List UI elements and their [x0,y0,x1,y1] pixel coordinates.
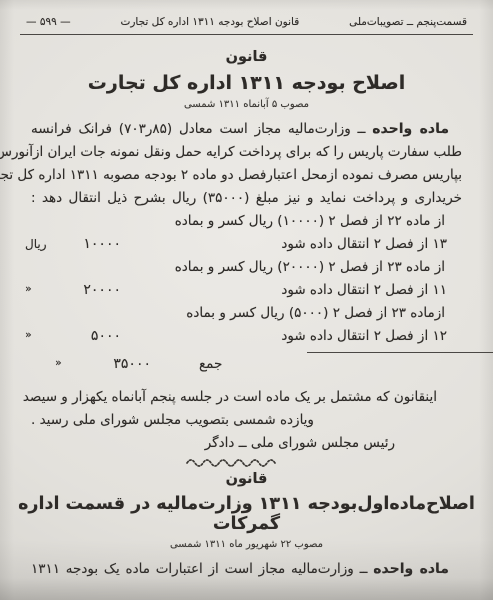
scanned-page: قسمت‌پنجم ــ تصویبات‌ملی قانون اصلاح بود… [0,0,493,600]
credit-amount: ۵۰۰۰ « [25,325,121,348]
article-line-3: بپاریس مصرف نموده ازمحل اعتبارفصل دو ماد… [31,164,462,187]
total-label: جمع [199,356,222,372]
amount-value: ۲۰۰۰۰ [83,279,121,302]
credit-amount: ۲۰۰۰۰ « [25,279,121,302]
law1-title: اصلاح بودجه ۱۳۱۱ اداره کل تجارت [0,72,493,94]
law2-title: اصلاح‌ماده‌اول‌بودجه ۱۳۱۱ وزارت‌مالیه در… [0,494,493,534]
transfer-row-credit: ۱۱ از فصل ۲ انتقال داده شود ۲۰۰۰۰ « [31,279,462,302]
transfer-row-deduct: از ماده ۲۳ از فصل ۲ (۲۰۰۰۰) ریال کسر و ب… [31,256,462,279]
sum-rule [307,352,493,353]
header-page-number: — ۵۹۹ — [26,16,71,28]
transfer-row-deduct: از ماده ۲۲ از فصل ۲ (۱۰۰۰۰) ریال کسر و ب… [31,210,462,233]
ratification-line-2: ویازده شمسی بتصویب مجلس شورای ملی رسید . [0,409,493,432]
credit-description: ۱۱ از فصل ۲ انتقال داده شود [281,279,447,302]
header-section-label: قسمت‌پنجم ــ تصویبات‌ملی [349,16,467,28]
amount-unit: ریال [25,233,47,256]
transfer-row-credit: ۱۳ از فصل ۲ انتقال داده شود ۱۰۰۰۰ ریال [31,233,462,256]
law2-article-label: ماده واحده [373,561,449,577]
amount-unit-ditto: « [25,323,32,346]
article-line-1: ماده واحده ــ وزارت‌مالیه مجاز است معادل… [31,118,462,141]
amount-unit-ditto: « [25,277,32,300]
amount-value: ۱۰۰۰۰ [83,233,121,256]
credit-description: ۱۲ از فصل ۲ انتقال داده شود [281,325,447,348]
law1-approval-line: مصوب ۵ آبانماه ۱۳۱۱ شمسی [0,99,493,110]
header-rule [20,34,473,35]
total-amount-unit-ditto: « [55,356,62,369]
law2-article-line-1: ماده واحده ــ وزارت‌مالیه مجاز است از اع… [31,558,462,581]
running-header: قسمت‌پنجم ــ تصویبات‌ملی قانون اصلاح بود… [0,0,493,32]
header-running-title: قانون اصلاح بودجه ۱۳۱۱ اداره کل تجارت [120,16,299,28]
law1-kicker: قانون [0,49,493,65]
total-amount-value: ۳۵۰۰۰ [113,356,151,372]
law2-article-line-1-text: ــ وزارت‌مالیه مجاز است از اعتبارات ماده… [31,561,368,577]
credit-amount: ۱۰۰۰۰ ریال [25,233,121,256]
section-divider-squiggle [185,456,277,467]
total-amount: ۳۵۰۰۰ « [55,356,151,372]
speaker-signature: رئیس مجلس شورای ملی ــ دادگر [0,432,383,454]
law2-kicker: قانون [0,471,493,487]
article-line-4: خریداری و پرداخت نماید و نیز مبلغ (۳۵۰۰۰… [31,187,462,210]
transfer-row-deduct: ازماده ۲۳ از فصل ۲ (۵۰۰۰) ریال کسر و بما… [31,302,462,325]
speaker-signature-text: رئیس مجلس شورای ملی ــ دادگر [205,432,395,454]
article-line-2: طلب سفارت پاریس را که برای پرداخت کرایه … [31,141,462,164]
article-label: ماده واحده [372,121,449,137]
law2-article-paragraph: ماده واحده ــ وزارت‌مالیه مجاز است از اع… [0,550,493,581]
article-line-1-text: ــ وزارت‌مالیه مجاز است معادل (۸۵ر۷۰۳) ف… [31,121,365,137]
transfer-list: از ماده ۲۲ از فصل ۲ (۱۰۰۰۰) ریال کسر و ب… [0,210,493,348]
total-row: جمع ۳۵۰۰۰ « [31,356,462,380]
law2-approval-line: مصوب ۲۲ شهریور ماه ۱۳۱۱ شمسی [0,539,493,550]
transfer-row-credit: ۱۲ از فصل ۲ انتقال داده شود ۵۰۰۰ « [31,325,462,348]
amount-value: ۵۰۰۰ [91,325,121,348]
credit-description: ۱۳ از فصل ۲ انتقال داده شود [281,233,447,256]
law1-article-paragraph: ماده واحده ــ وزارت‌مالیه مجاز است معادل… [0,110,493,210]
ratification-line-1: اینقانون که مشتمل بر یک ماده است در جلسه… [0,380,493,409]
